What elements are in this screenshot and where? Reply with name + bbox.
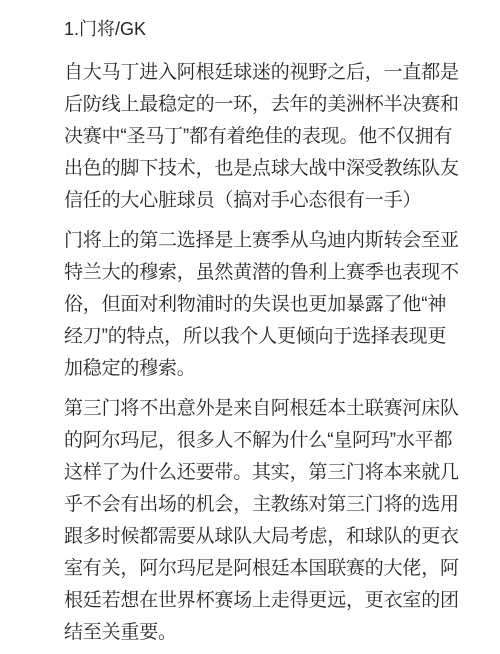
text-line: 室有关，阿尔玛尼是阿根廷本国联赛的大佬，阿 <box>64 553 464 585</box>
text-line: 出色的脚下技术，也是点球大战中深受教练队友 <box>64 153 464 185</box>
article-page: 1.门将/GK 自大马丁进入阿根廷球迷的视野之后，一直都是 后防线上最稳定的一环… <box>0 0 500 654</box>
text-line: 这样了为什么还要带。其实，第三门将本来就几 <box>64 457 464 489</box>
text-line: 结至关重要。 <box>64 617 464 649</box>
article-title: 1.门将/GK <box>64 14 464 44</box>
text-line: 后防线上最稳定的一环，去年的美洲杯半决赛和 <box>64 89 464 121</box>
text-line: 特兰大的穆索，虽然黄潜的鲁利上赛季也表现不 <box>64 257 464 289</box>
text-line: 决赛中“圣马丁”都有着绝佳的表现。他不仅拥有 <box>64 121 464 153</box>
text-line: 加稳定的穆索。 <box>64 353 464 385</box>
text-line: 门将上的第二选择是上赛季从乌迪内斯转会至亚 <box>64 225 464 257</box>
text-line: 的阿尔玛尼，很多人不解为什么“皇阿玛”水平都 <box>64 425 464 457</box>
text-line: 第三门将不出意外是来自阿根廷本土联赛河床队 <box>64 393 464 425</box>
text-line: 跟多时候都需要从球队大局考虑，和球队的更衣 <box>64 521 464 553</box>
paragraph-2: 门将上的第二选择是上赛季从乌迪内斯转会至亚 特兰大的穆索，虽然黄潜的鲁利上赛季也… <box>64 225 464 385</box>
text-line: 乎不会有出场的机会，主教练对第三门将的选用 <box>64 489 464 521</box>
text-line: 自大马丁进入阿根廷球迷的视野之后，一直都是 <box>64 57 464 89</box>
paragraph-1: 自大马丁进入阿根廷球迷的视野之后，一直都是 后防线上最稳定的一环，去年的美洲杯半… <box>64 57 464 217</box>
text-line: 信任的大心脏球员（搞对手心态很有一手） <box>64 185 464 217</box>
text-line: 俗，但面对利物浦时的失误也更加暴露了他“神 <box>64 289 464 321</box>
text-line: 经刀”的特点，所以我个人更倾向于选择表现更 <box>64 321 464 353</box>
paragraph-3: 第三门将不出意外是来自阿根廷本土联赛河床队 的阿尔玛尼，很多人不解为什么“皇阿玛… <box>64 393 464 649</box>
text-line: 根廷若想在世界杯赛场上走得更远，更衣室的团 <box>64 585 464 617</box>
